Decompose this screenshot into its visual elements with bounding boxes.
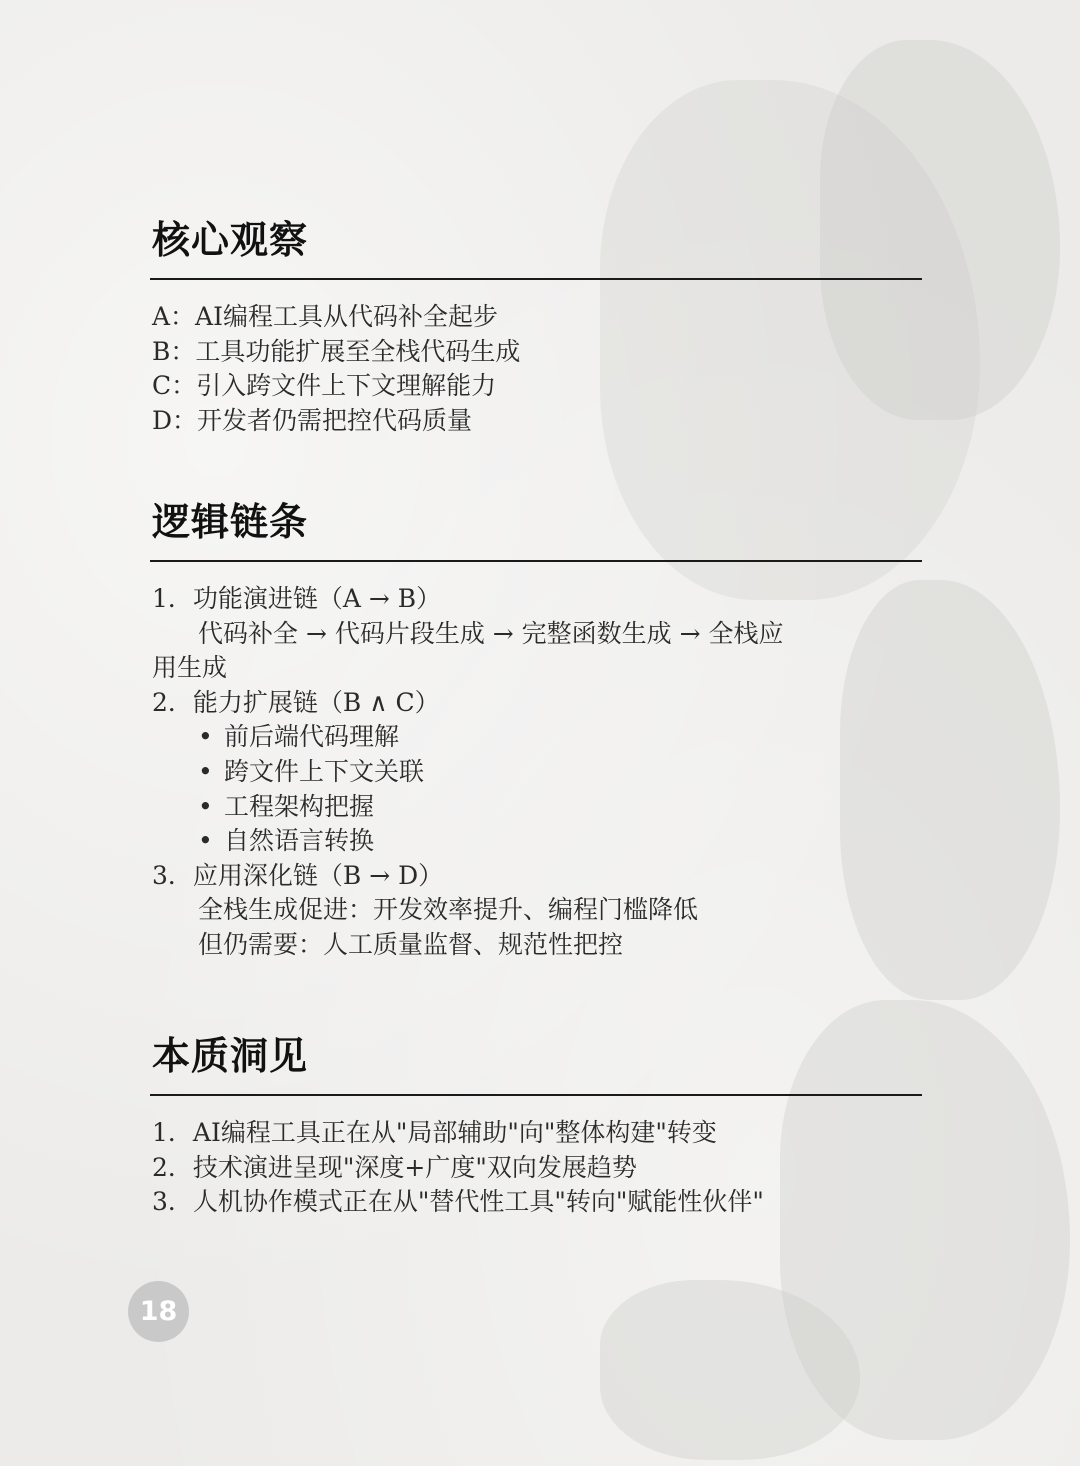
section-core-observations: 核心观察 A：AI编程工具从代码补全起步 B：工具功能扩展至全栈代码生成 C：引… xyxy=(152,216,922,438)
chain-2-bullet: •自然语言转换 xyxy=(152,824,922,859)
section-title: 本质洞见 xyxy=(152,1032,922,1080)
section-logic-chain: 逻辑链条 1．功能演进链（A → B） 代码补全 → 代码片段生成 → 完整函数… xyxy=(152,498,922,963)
observation-d: D：开发者仍需把控代码质量 xyxy=(152,404,922,439)
section-title: 逻辑链条 xyxy=(152,498,922,546)
section-essential-insights: 本质洞见 1．AI编程工具正在从"局部辅助"向"整体构建"转变 2．技术演进呈现… xyxy=(152,1032,922,1220)
chain-3-heading: 3．应用深化链（B → D） xyxy=(152,859,922,894)
chain-1-detail-wrap: 用生成 xyxy=(152,651,922,686)
insight-3: 3．人机协作模式正在从"替代性工具"转向"赋能性伙伴" xyxy=(152,1185,922,1220)
chain-1-detail: 代码补全 → 代码片段生成 → 完整函数生成 → 全栈应 xyxy=(152,617,922,652)
divider xyxy=(150,1094,922,1096)
insight-1: 1．AI编程工具正在从"局部辅助"向"整体构建"转变 xyxy=(152,1116,922,1151)
chain-2-bullet: •工程架构把握 xyxy=(152,790,922,825)
observation-c: C：引入跨文件上下文理解能力 xyxy=(152,369,922,404)
bullet-icon: • xyxy=(198,824,224,859)
chain-3-detail: 全栈生成促进：开发效率提升、编程门槛降低 xyxy=(152,893,922,928)
chain-1-heading: 1．功能演进链（A → B） xyxy=(152,582,922,617)
section-title: 核心观察 xyxy=(152,216,922,264)
page-number-badge: 18 xyxy=(128,1281,189,1342)
chain-2-bullet: •前后端代码理解 xyxy=(152,720,922,755)
observation-a: A：AI编程工具从代码补全起步 xyxy=(152,300,922,335)
chain-2-bullet: •跨文件上下文关联 xyxy=(152,755,922,790)
divider xyxy=(150,278,922,280)
bullet-icon: • xyxy=(198,790,224,825)
insight-2: 2．技术演进呈现"深度+广度"双向发展趋势 xyxy=(152,1151,922,1186)
observation-b: B：工具功能扩展至全栈代码生成 xyxy=(152,335,922,370)
bullet-icon: • xyxy=(198,755,224,790)
bullet-icon: • xyxy=(198,720,224,755)
chain-2-heading: 2．能力扩展链（B ∧ C） xyxy=(152,686,922,721)
divider xyxy=(150,560,922,562)
chain-3-detail: 但仍需要：人工质量监督、规范性把控 xyxy=(152,928,922,963)
